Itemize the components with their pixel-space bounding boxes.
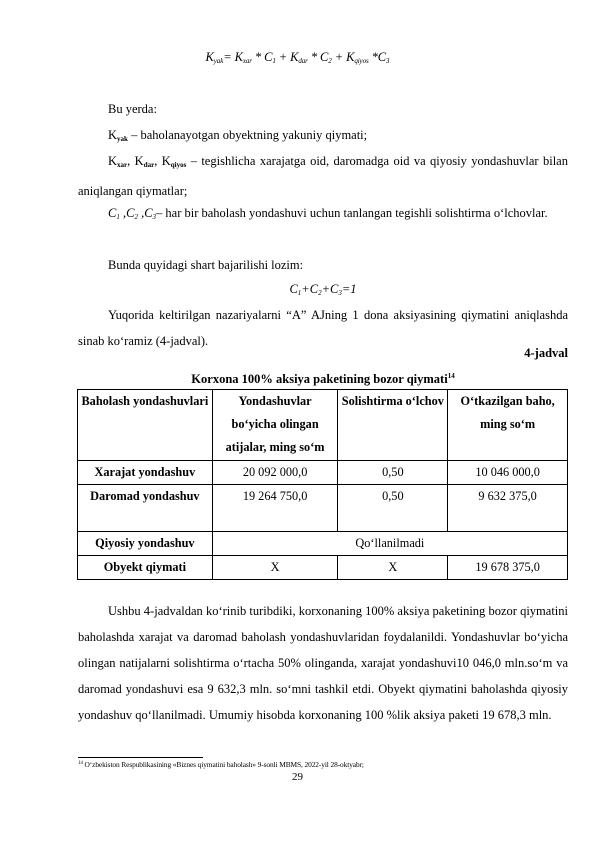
conclusion-paragraph: Ushbu 4-jadvaldan ko‘rinib turibdiki, ko…: [78, 598, 568, 728]
row-label: Daromad yondashuv: [78, 485, 213, 532]
table-row: Obyekt qiymati X X 19 678 375,0: [78, 556, 568, 580]
row-label: Xarajat yondashuv: [78, 461, 213, 485]
table-title: Korxona 100% aksiya paketining bozor qiy…: [78, 363, 568, 392]
header-cell: Yondashuvlar bo‘yicha olingan atijalar, …: [212, 390, 338, 461]
table-row: Daromad yondashuv 19 264 750,0 0,50 9 63…: [78, 485, 568, 532]
table-cell: X: [338, 556, 448, 580]
table-row: Xarajat yondashuv 20 092 000,0 0,50 10 0…: [78, 461, 568, 485]
table-cell: 19 678 375,0: [448, 556, 568, 580]
valuation-table: Baholash yondashuvlari Yondashuvlar bo‘y…: [77, 389, 568, 580]
paragraph-where: Bu yerda:: [78, 96, 568, 122]
page-number: 29: [0, 771, 595, 783]
footnote: 14 O‘zbekiston Respublikasining «Biznes …: [78, 760, 364, 769]
table-cell-merged: Qo‘llanilmadi: [212, 532, 567, 556]
condition-intro: Bunda quyidagi shart bajarilishi lozim:: [78, 252, 568, 278]
header-cell: Solishtirma o‘lchov: [338, 390, 448, 461]
row-label: Qiyosiy yondashuv: [78, 532, 213, 556]
table-cell: 9 632 375,0: [448, 485, 568, 532]
table-cell: 0,50: [338, 461, 448, 485]
valuation-formula: Kyak= Kxar * C1 + Kdar * C2 + Kqiyos *C3: [0, 50, 595, 65]
table-cell: 20 092 000,0: [212, 461, 338, 485]
table-cell: 19 264 750,0: [212, 485, 338, 532]
table-cell: 10 046 000,0: [448, 461, 568, 485]
table-cell: X: [212, 556, 338, 580]
definition-weights: C1 ,C2 ,C3– har bir baholash yondashuvi …: [78, 200, 568, 230]
table-header-row: Baholash yondashuvlari Yondashuvlar bo‘y…: [78, 390, 568, 461]
table-row: Qiyosiy yondashuv Qo‘llanilmadi: [78, 532, 568, 556]
definition-approach-values: Kxar, Kdar, Kqiyos – tegishlicha xarajat…: [78, 148, 568, 204]
footnote-separator: [78, 757, 203, 758]
document-page: Kyak= Kxar * C1 + Kdar * C2 + Kqiyos *C3…: [0, 0, 595, 842]
table-cell: 0,50: [338, 485, 448, 532]
header-cell: Baholash yondashuvlari: [78, 390, 213, 461]
row-label: Obyekt qiymati: [78, 556, 213, 580]
header-cell: O‘tkazilgan baho, ming so‘m: [448, 390, 568, 461]
